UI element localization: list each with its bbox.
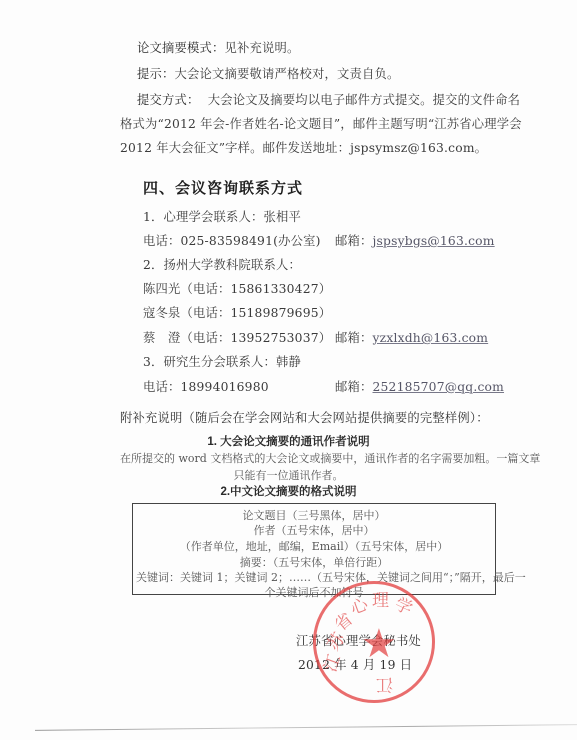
submission-label: 提交方式：	[137, 93, 200, 107]
appendix-item-1-text-2: 只能有一位通讯作者。	[0, 467, 577, 483]
abstract-mode-line: 论文摘要模式：见补充说明。	[137, 38, 299, 56]
abstract-mode-label: 论文摘要模式：	[137, 41, 224, 55]
contact-2-person-3: 蔡 澄（电话：13952753037）	[143, 328, 331, 346]
abstract-mode-text: 见补充说明。	[224, 41, 299, 55]
stamp-char: 江	[316, 650, 345, 675]
section-4-heading: 四、会议咨询联系方式	[143, 177, 303, 198]
contact-3-email-label: 邮箱：	[335, 380, 373, 394]
tip-text: 大会论文摘要敬请严格校对，文责自负。	[175, 67, 400, 81]
contact-3-email-link[interactable]: 252185707@qq.com	[373, 380, 505, 394]
contact-1-phone: 电话：025-83598491(办公室)	[143, 231, 321, 249]
submission-text-1: 大会论文及摘要均以电子邮件方式提交。提交的文件命名	[208, 93, 520, 107]
contact-2-person-2: 寇冬泉（电话：15189879695）	[143, 303, 331, 321]
submission-line-2: 格式为“2012 年会-作者姓名-论文题目”，邮件主题写明“江苏省心理学会	[120, 114, 522, 132]
contact-3-email-line: 邮箱：252185707@qq.com	[335, 377, 504, 395]
contact-3-phone: 电话：18994016980	[143, 377, 269, 395]
contact-3-title: 3．研究生分会联系人：韩静	[143, 352, 301, 370]
format-line-title: 论文题目（三号黑体，居中）	[133, 507, 495, 523]
format-line-keywords: 关键词：关键词 1；关键词 2；……（五号宋体，关键词之间用“；”隔开，最后一	[136, 569, 526, 585]
contact-1-email-label: 邮箱：	[335, 234, 373, 248]
format-line-affiliation: （作者单位，地址，邮编，Email）（五号宋体，居中）	[133, 538, 495, 554]
appendix-item-2-title: 2.中文论文摘要的格式说明	[0, 483, 577, 499]
submission-line-1: 提交方式： 大会论文及摘要均以电子邮件方式提交。提交的文件命名	[137, 90, 520, 108]
stamp-char: 江	[376, 674, 393, 699]
contact-1-email-link[interactable]: jspsybgs@163.com	[373, 234, 495, 248]
contact-2-email-link[interactable]: yzxlxdh@163.com	[373, 331, 489, 345]
official-seal-stamp: ★ 江 苏 省 心 理 学 江	[313, 581, 435, 703]
stamp-char: 学	[392, 590, 418, 620]
contact-2-person-1: 陈四光（电话：15861330427）	[143, 279, 331, 297]
contact-2-email-line: 邮箱：yzxlxdh@163.com	[335, 328, 488, 346]
tip-label: 提示：	[137, 67, 175, 81]
appendix-heading: 附补充说明（随后会在学会网站和大会网站提供摘要的完整样例）：	[120, 408, 489, 426]
appendix-item-1-text-1: 在所提交的 word 文档格式的大会论文或摘要中，通讯作者的名字需要加粗。一篇文…	[120, 450, 540, 466]
format-line-author: 作者（五号宋体，居中）	[133, 522, 495, 538]
contact-2-email-label: 邮箱：	[335, 331, 373, 345]
stamp-char: 理	[372, 586, 389, 611]
contact-1-email-line: 邮箱：jspsybgs@163.com	[335, 231, 495, 249]
submission-line-3: 2012 年大会征文”字样。邮件发送地址：jspsymsz@163.com。	[120, 138, 487, 156]
format-sample-box: 论文题目（三号黑体，居中） 作者（五号宋体，居中） （作者单位，地址，邮编，Em…	[132, 503, 496, 595]
contact-2-title: 2．扬州大学教科院联系人：	[143, 255, 301, 273]
star-icon: ★	[361, 624, 397, 664]
appendix-item-1-title: 1. 大会论文摘要的通讯作者说明	[0, 433, 577, 449]
tip-line: 提示：大会论文摘要敬请严格校对，文责自负。	[137, 64, 399, 82]
page-bottom-edge	[35, 724, 577, 731]
stamp-char: 心	[346, 590, 371, 619]
format-line-abstract: 摘要：（五号宋体，单倍行距）	[133, 554, 495, 570]
format-line-keywords-cont: 个关键词后不加符号	[133, 584, 495, 600]
contact-1-title: 1．心理学会联系人：张相平	[143, 207, 301, 225]
